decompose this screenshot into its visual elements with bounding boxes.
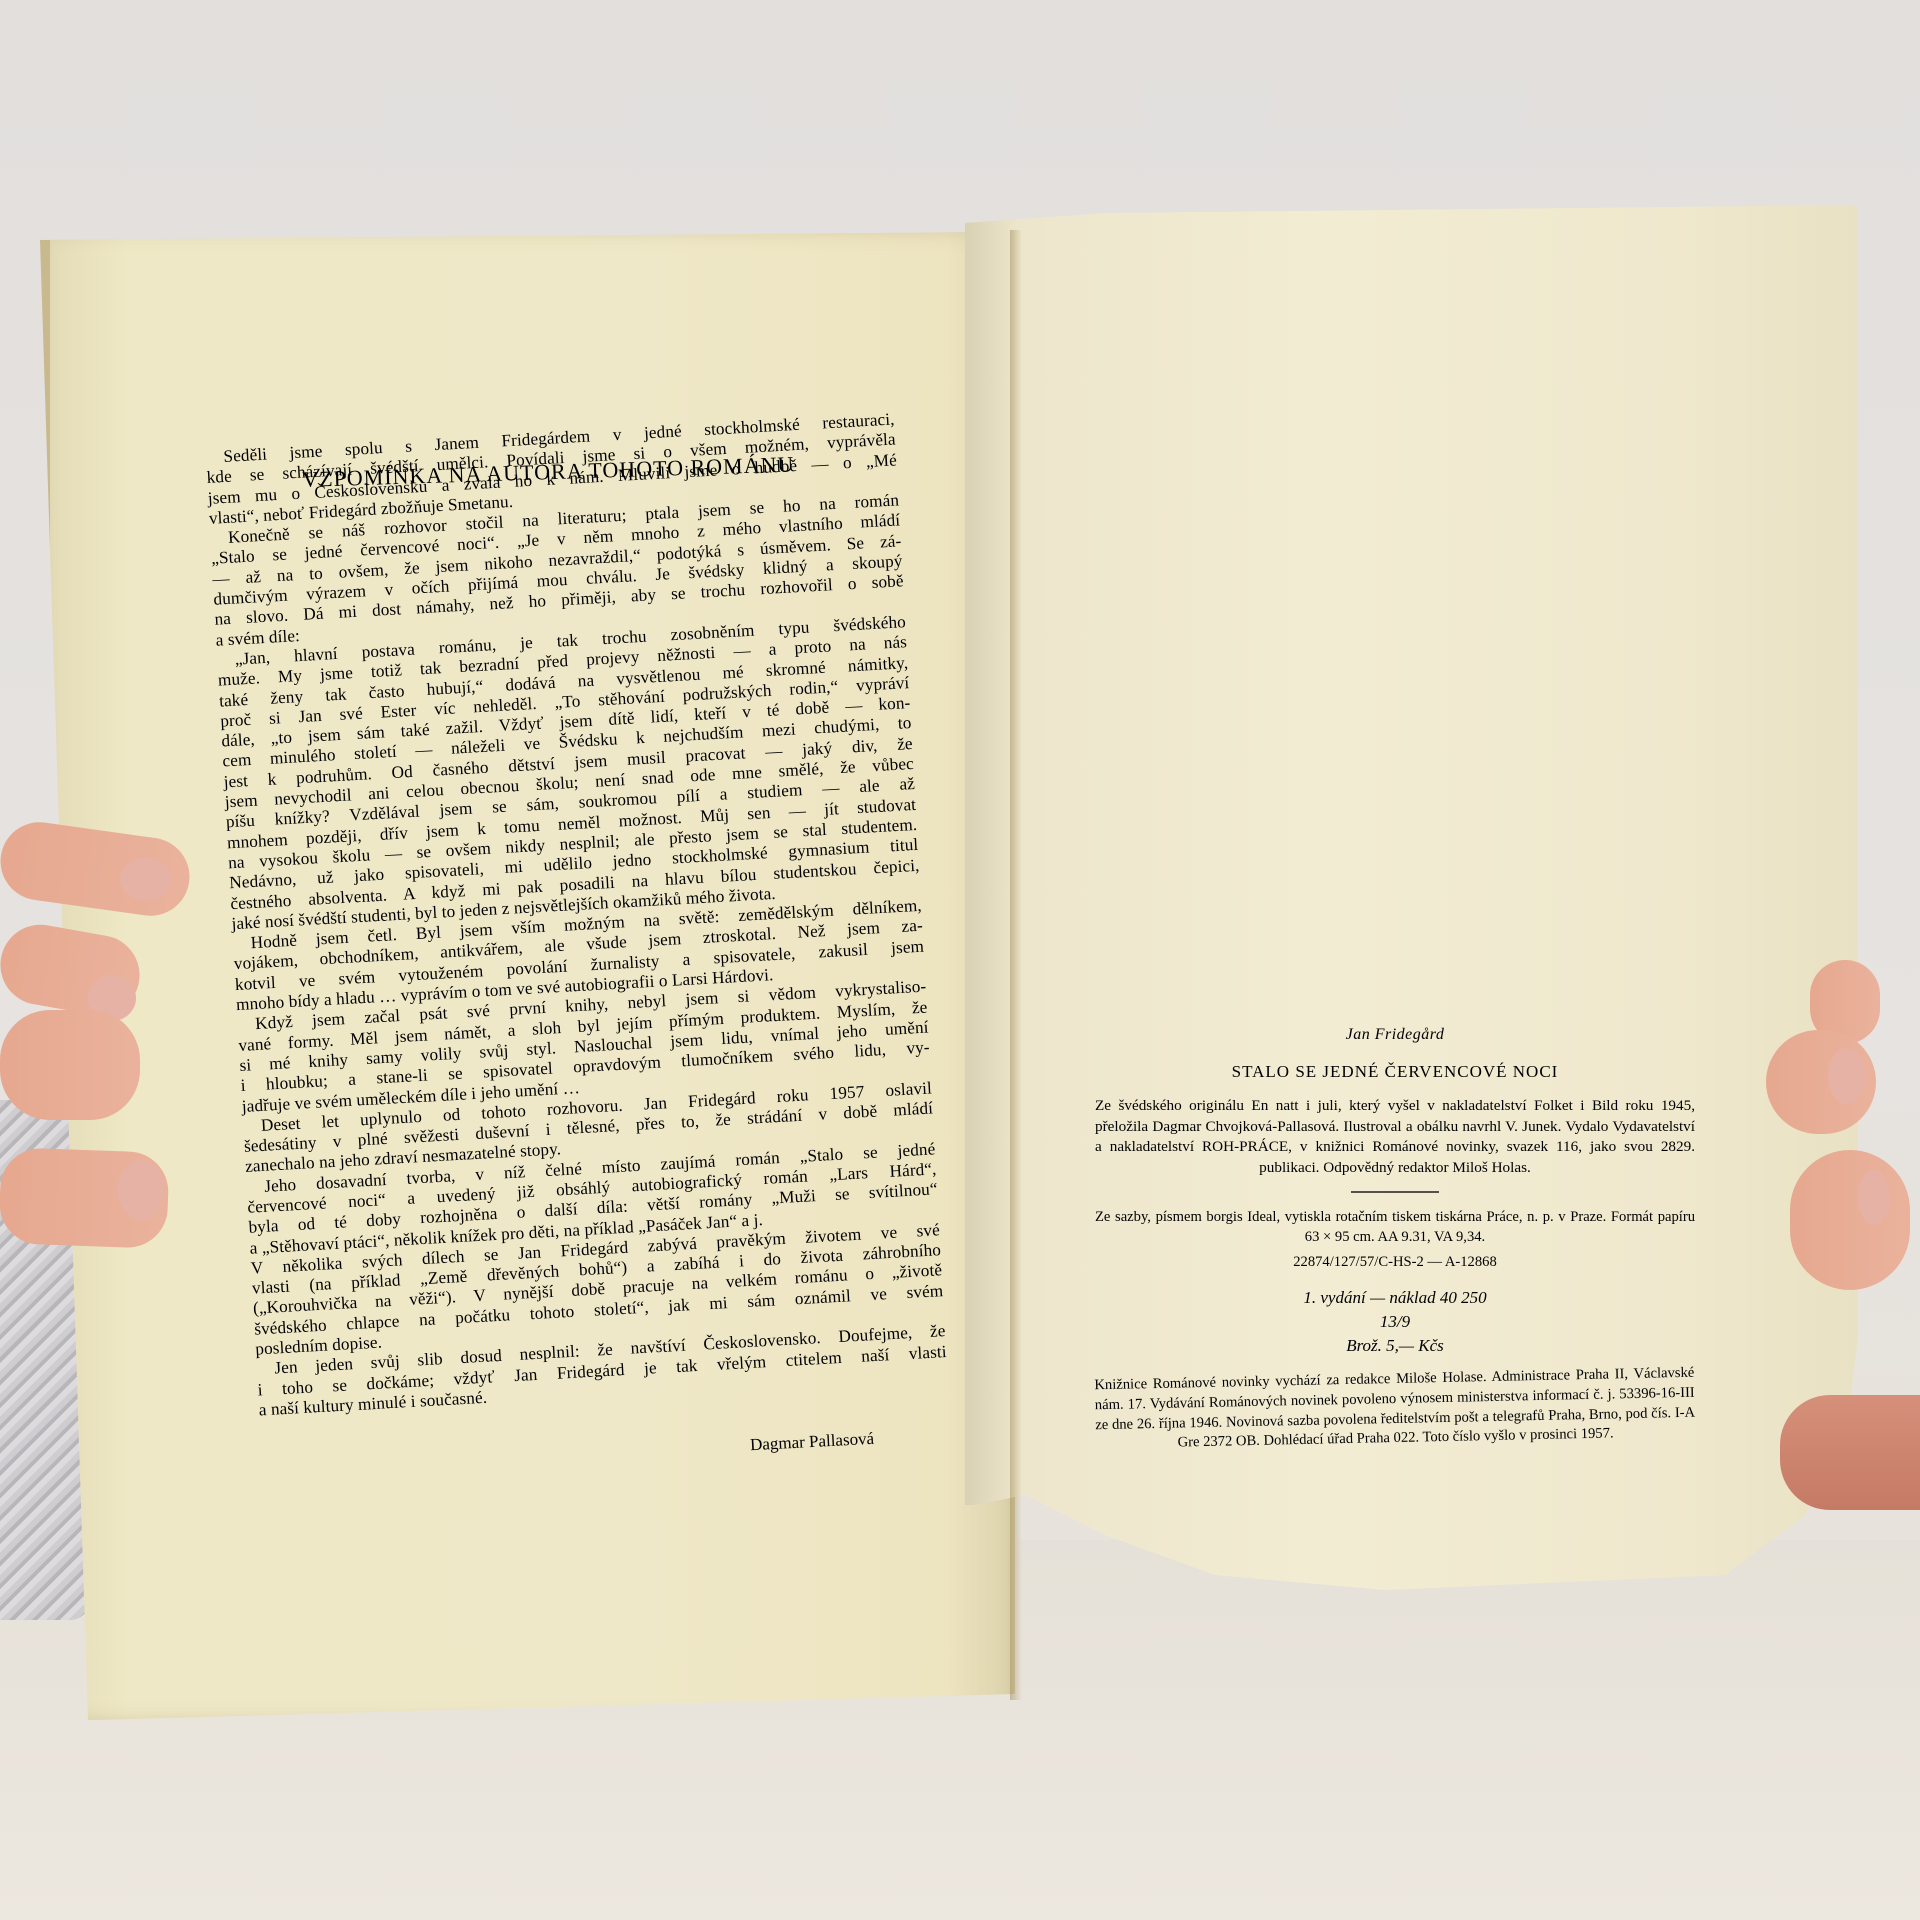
book-gutter <box>1010 230 1022 1700</box>
book-title: STALO SE JEDNÉ ČERVENCOVÉ NOCI <box>1095 1062 1695 1083</box>
price: Brož. 5,— Kčs <box>1095 1334 1695 1358</box>
memoir-text: Seděli jsme spolu s Janem Fridegárdem v … <box>205 409 948 1420</box>
print-code: 13/9 <box>1095 1310 1695 1334</box>
printing-text: Ze sazby, písmem borgis Ideal, vytiskla … <box>1095 1207 1695 1248</box>
colophon: Jan Fridegård STALO SE JEDNÉ ČERVENCOVÉ … <box>1095 1025 1695 1450</box>
right-page <box>965 205 1858 1695</box>
divider-rule <box>1351 1191 1439 1193</box>
catalog-number: 22874/127/57/C-HS-2 — A-12868 <box>1095 1252 1695 1273</box>
administration-text: Knižnice Románové novinky vychází za red… <box>1094 1364 1696 1456</box>
edition-info: 1. vydání — náklad 40 250 <box>1095 1286 1695 1310</box>
book-author: Jan Fridegård <box>1095 1025 1695 1046</box>
credits-text: Ze švédského originálu En natt i juli, k… <box>1095 1096 1695 1178</box>
